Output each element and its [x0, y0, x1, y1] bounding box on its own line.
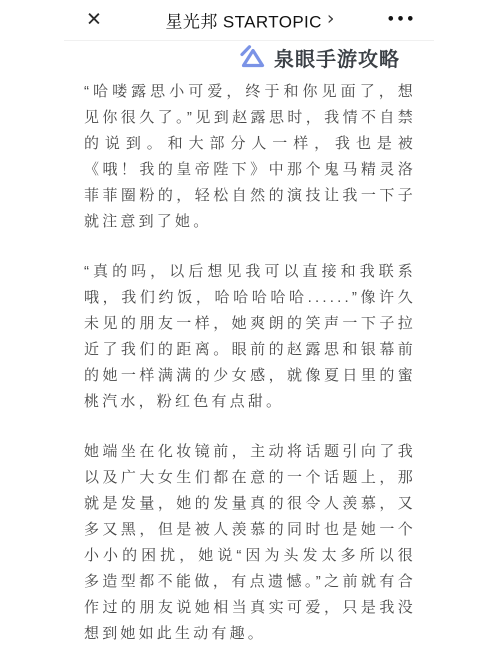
watermark-label: 泉眼手游攻略 [274, 43, 400, 72]
page-title: 星光邦 STARTOPIC [166, 8, 322, 33]
article-body: “哈喽露思小可爱，终于和你见面了，想见你很久了。”见到赵露思时，我情不自禁的说到… [84, 79, 416, 647]
watermark: 泉眼手游攻略 [0, 44, 500, 70]
chevron-right-icon: › [327, 10, 335, 29]
top-nav-bar: ✕ 星光邦 STARTOPIC › ••• [0, 0, 500, 40]
close-icon[interactable]: ✕ [82, 9, 106, 32]
header-divider [64, 40, 434, 41]
watermark-triangle-logo-icon [239, 45, 265, 69]
article-paragraph: “真的吗，以后想见我可以直接和我联系哦，我们约饭，哈哈哈哈哈......”像许久… [84, 259, 416, 415]
more-options-icon[interactable]: ••• [383, 12, 420, 29]
article-paragraph: 她端坐在化妆镜前，主动将话题引向了我以及广大女生们都在意的一个话题上，那就是发量… [84, 439, 416, 647]
article-source-link[interactable]: 星光邦 STARTOPIC › [166, 8, 335, 33]
article-paragraph: “哈喽露思小可爱，终于和你见面了，想见你很久了。”见到赵露思时，我情不自禁的说到… [84, 79, 416, 235]
